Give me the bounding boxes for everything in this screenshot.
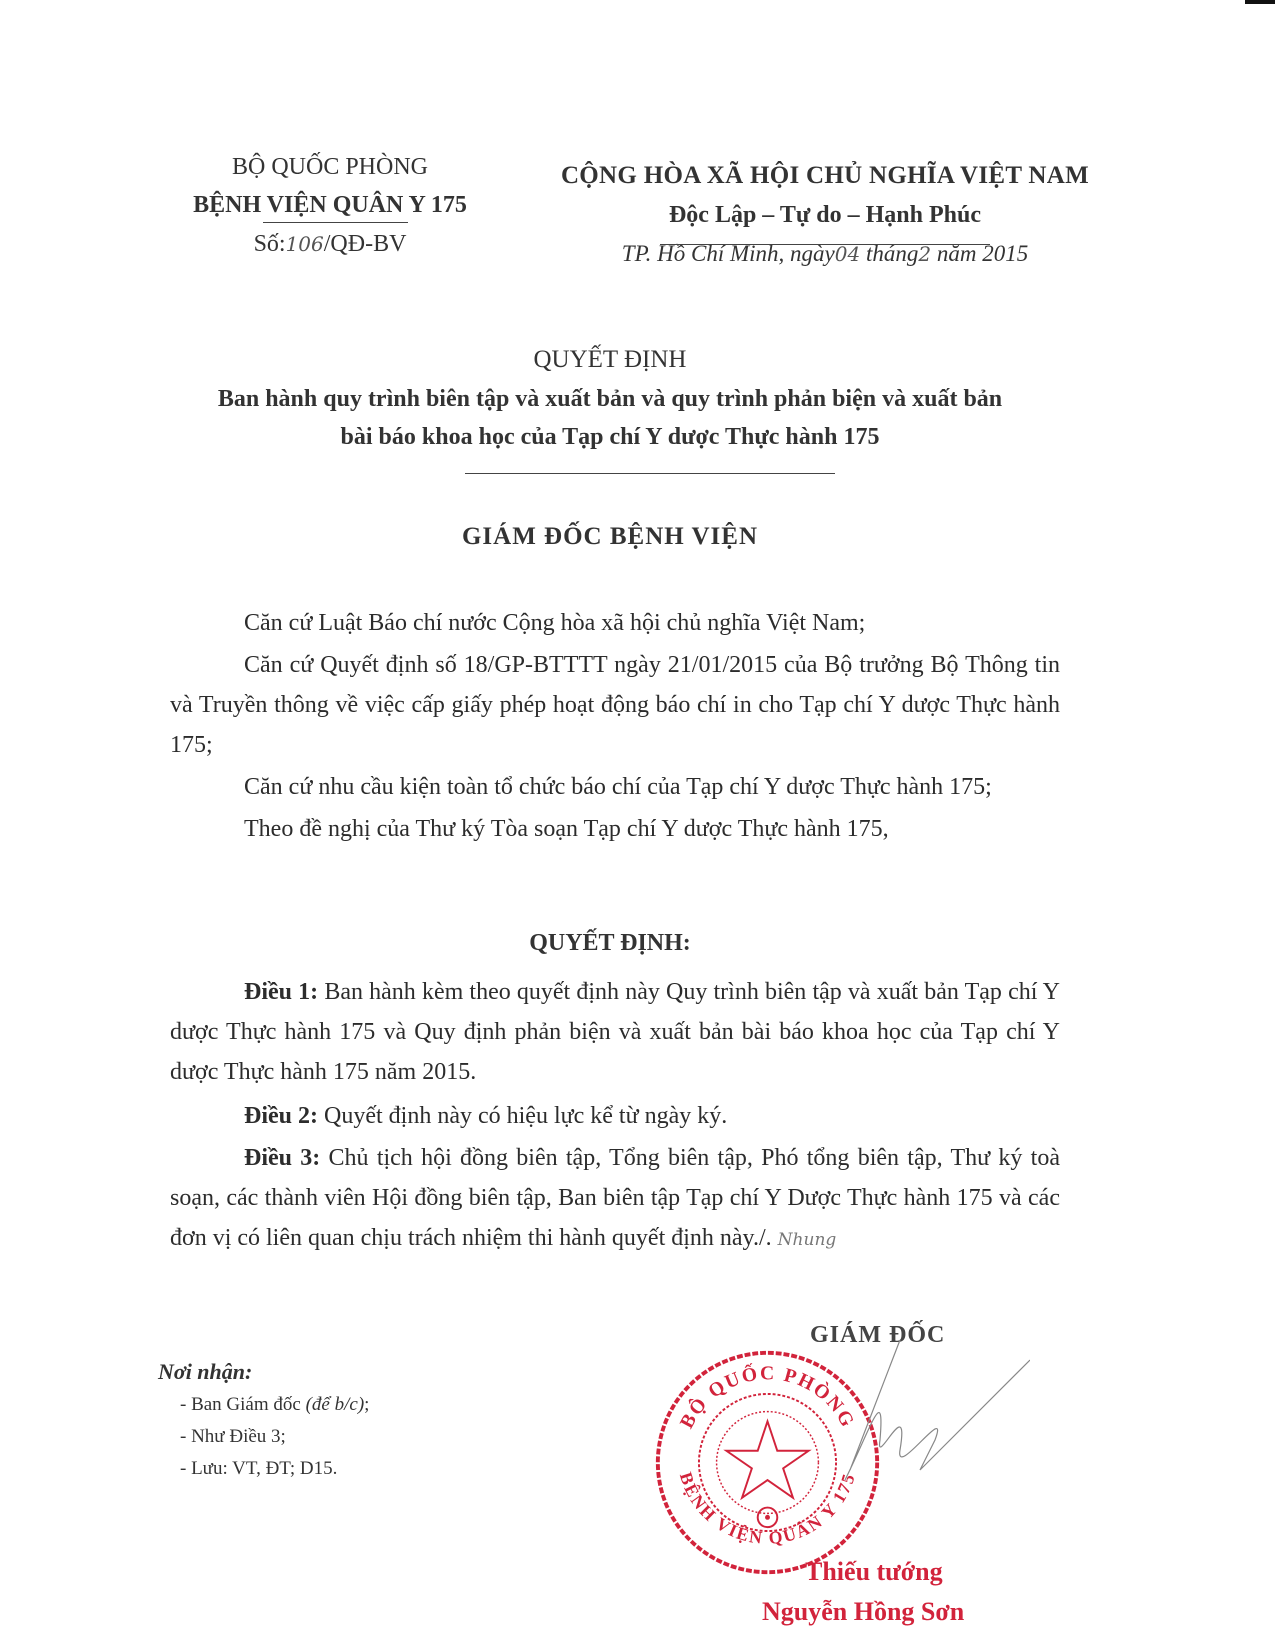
decision-heading: QUYẾT ĐỊNH: bbox=[160, 930, 1060, 957]
header-left-underline bbox=[263, 222, 408, 223]
hospital-name: BỆNH VIỆN QUÂN Y 175 bbox=[180, 186, 480, 224]
recipient-item: - Lưu: VT, ĐT; D15. bbox=[158, 1453, 369, 1485]
article-2: Điều 2: Quyết định này có hiệu lực kể từ… bbox=[170, 1096, 1060, 1136]
article-1: Điều 1: Ban hành kèm theo quyết định này… bbox=[170, 972, 1060, 1092]
scan-corner-mark bbox=[1245, 0, 1275, 4]
ministry-name: BỘ QUỐC PHÒNG bbox=[180, 148, 480, 186]
header-left: BỘ QUỐC PHÒNG BỆNH VIỆN QUÂN Y 175 Số:10… bbox=[180, 148, 480, 264]
title-heading: QUYẾT ĐỊNH bbox=[160, 340, 1060, 380]
title-subject-line2: bài báo khoa học của Tạp chí Y dược Thực… bbox=[160, 418, 1060, 456]
header-right: CỘNG HÒA XÃ HỘI CHỦ NGHĨA VIỆT NAM Độc L… bbox=[555, 156, 1095, 274]
recipient-item: - Ban Giám đốc (để b/c); bbox=[158, 1389, 369, 1421]
signer-rank: Thiếu tướng bbox=[805, 1557, 943, 1587]
preamble-2: Căn cứ Quyết định số 18/GP-BTTTT ngày 21… bbox=[170, 645, 1060, 765]
motto-underline bbox=[660, 244, 990, 245]
country-name: CỘNG HÒA XÃ HỘI CHỦ NGHĨA VIỆT NAM bbox=[555, 156, 1095, 196]
document-number: Số:106/QĐ-BV bbox=[180, 224, 480, 264]
recipients-block: Nơi nhận: - Ban Giám đốc (để b/c); - Như… bbox=[158, 1355, 369, 1485]
place-date: TP. Hồ Chí Minh, ngày04 tháng2 năm 2015 bbox=[555, 234, 1095, 274]
decision-title: QUYẾT ĐỊNH Ban hành quy trình biên tập v… bbox=[160, 340, 1060, 456]
signer-name: Nguyễn Hồng Sơn bbox=[762, 1597, 964, 1627]
svg-text:BỆNH VIỆN QUÂN Y 175: BỆNH VIỆN QUÂN Y 175 bbox=[676, 1470, 859, 1548]
title-underline bbox=[465, 473, 835, 474]
handwritten-signature-icon bbox=[840, 1320, 1030, 1500]
title-subject-line1: Ban hành quy trình biên tập và xuất bản … bbox=[160, 380, 1060, 418]
preamble-4: Theo đề nghị của Thư ký Tòa soạn Tạp chí… bbox=[170, 809, 1060, 849]
article-3: Điều 3: Chủ tịch hội đồng biên tập, Tổng… bbox=[170, 1138, 1060, 1260]
preamble-3: Căn cứ nhu cầu kiện toàn tổ chức báo chí… bbox=[170, 767, 1060, 807]
preamble-1: Căn cứ Luật Báo chí nước Cộng hòa xã hội… bbox=[170, 603, 1060, 643]
handwritten-number: 106 bbox=[286, 232, 324, 256]
authority-heading: GIÁM ĐỐC BỆNH VIỆN bbox=[160, 523, 1060, 551]
national-motto: Độc Lập – Tự do – Hạnh Phúc bbox=[555, 196, 1095, 234]
recipients-heading: Nơi nhận: bbox=[158, 1355, 369, 1389]
handwritten-initials: Nhung bbox=[778, 1230, 837, 1250]
recipient-item: - Như Điều 3; bbox=[158, 1421, 369, 1453]
